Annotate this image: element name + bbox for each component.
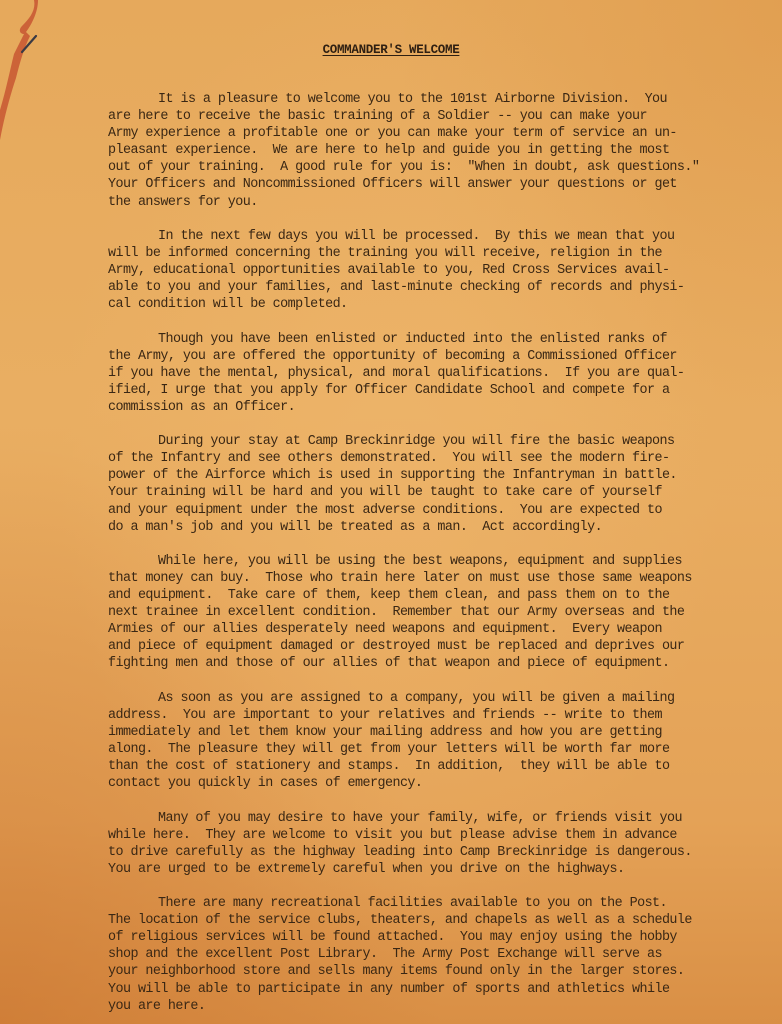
text-line: Armies of our allies desperately need we…: [108, 621, 748, 638]
text-line: next trainee in excellent condition. Rem…: [108, 604, 748, 621]
text-line: The location of the service clubs, theat…: [108, 912, 748, 929]
text-line: Many of you may desire to have your fami…: [108, 810, 748, 827]
text-line: of religious services will be found atta…: [108, 929, 748, 946]
paragraph-mailing: As soon as you are assigned to a company…: [108, 690, 748, 793]
text-line: address. You are important to your relat…: [108, 707, 748, 724]
text-line: able to you and your families, and last-…: [108, 279, 748, 296]
text-line: It is a pleasure to welcome you to the 1…: [108, 91, 748, 108]
paragraph-training: During your stay at Camp Breckinridge yo…: [108, 433, 748, 536]
document-body: It is a pleasure to welcome you to the 1…: [108, 91, 748, 1024]
text-line: You are urged to be extremely careful wh…: [108, 861, 748, 878]
binding-stain-icon: [0, 0, 60, 160]
paragraph-visitors: Many of you may desire to have your fami…: [108, 810, 748, 878]
text-line: commission as an Officer.: [108, 399, 748, 416]
paragraph-processing: In the next few days you will be process…: [108, 228, 748, 313]
text-line: will be informed concerning the training…: [108, 245, 748, 262]
paragraph-welcome: It is a pleasure to welcome you to the 1…: [108, 91, 748, 211]
text-line: cal condition will be completed.: [108, 296, 748, 313]
text-line: to drive carefully as the highway leadin…: [108, 844, 748, 861]
text-line: and piece of equipment damaged or destro…: [108, 638, 748, 655]
text-line: you are here.: [108, 998, 748, 1015]
text-line: Your Officers and Noncommissioned Office…: [108, 176, 748, 193]
text-line: and your equipment under the most advers…: [108, 502, 748, 519]
text-line: In the next few days you will be process…: [108, 228, 748, 245]
text-line: the Army, you are offered the opportunit…: [108, 348, 748, 365]
text-line: and equipment. Take care of them, keep t…: [108, 587, 748, 604]
text-line: out of your training. A good rule for yo…: [108, 159, 748, 176]
text-line: There are many recreational facilities a…: [108, 895, 748, 912]
paragraph-recreation: There are many recreational facilities a…: [108, 895, 748, 1015]
text-line: fighting men and those of our allies of …: [108, 655, 748, 672]
text-line: are here to receive the basic training o…: [108, 108, 748, 125]
text-line: the answers for you.: [108, 194, 748, 211]
paragraph-equipment: While here, you will be using the best w…: [108, 553, 748, 673]
text-line: contact you quickly in cases of emergenc…: [108, 775, 748, 792]
text-line: Army experience a profitable one or you …: [108, 125, 748, 142]
text-line: Though you have been enlisted or inducte…: [108, 331, 748, 348]
text-line: During your stay at Camp Breckinridge yo…: [108, 433, 748, 450]
text-line: your neighborhood store and sells many i…: [108, 963, 748, 980]
text-line: immediately and let them know your maili…: [108, 724, 748, 741]
text-line: Army, educational opportunities availabl…: [108, 262, 748, 279]
text-line: if you have the mental, physical, and mo…: [108, 365, 748, 382]
text-line: shop and the excellent Post Library. The…: [108, 946, 748, 963]
text-line: ified, I urge that you apply for Officer…: [108, 382, 748, 399]
text-line: You will be able to participate in any n…: [108, 981, 748, 998]
text-line: Your training will be hard and you will …: [108, 484, 748, 501]
paragraph-officer-candidate: Though you have been enlisted or inducte…: [108, 331, 748, 416]
text-line: pleasant experience. We are here to help…: [108, 142, 748, 159]
text-line: While here, you will be using the best w…: [108, 553, 748, 570]
text-line: along. The pleasure they will get from y…: [108, 741, 748, 758]
text-line: than the cost of stationery and stamps. …: [108, 758, 748, 775]
text-line: while here. They are welcome to visit yo…: [108, 827, 748, 844]
text-line: power of the Airforce which is used in s…: [108, 467, 748, 484]
document-title: COMMANDER'S WELCOME: [0, 43, 782, 57]
text-line: do a man's job and you will be treated a…: [108, 519, 748, 536]
text-line: that money can buy. Those who train here…: [108, 570, 748, 587]
text-line: of the Infantry and see others demonstra…: [108, 450, 748, 467]
text-line: As soon as you are assigned to a company…: [108, 690, 748, 707]
